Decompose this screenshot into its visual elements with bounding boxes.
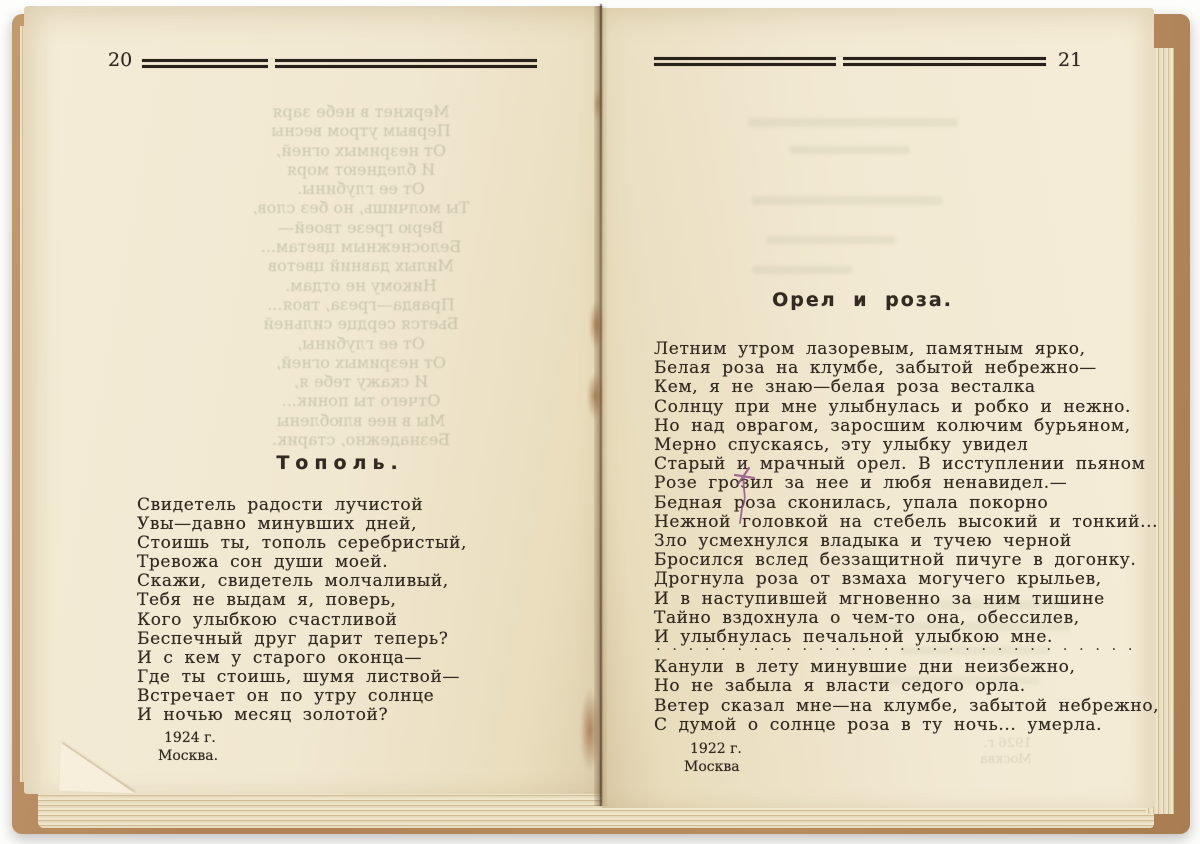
poem-line: Бросился вслед беззащитной пичуге в дого…	[654, 551, 1158, 570]
poem-line: Дрогнула роза от взмаха могучего крыльев…	[654, 570, 1158, 589]
poem-line: Зло усмехнулся владыка и тучею черной	[654, 532, 1158, 551]
gutter-stain	[587, 372, 603, 420]
poem-line: Но не забыла я власти седого орла.	[654, 677, 1159, 696]
poem-date: 1922 г.	[684, 741, 742, 759]
poem-colophon-left: 1924 г. Москва.	[158, 730, 218, 765]
poem-line: Отчего ты поник...	[178, 391, 544, 410]
poem-line: Правда—греза, твоя...	[178, 295, 544, 314]
poem-line: Тебя не выдам я, поверь,	[137, 591, 467, 610]
poem-line: Милых давний цветов	[178, 256, 544, 275]
showthrough-date: 1926 г.	[980, 736, 1032, 752]
gutter-stain	[593, 86, 603, 122]
poem-line: И с кем у старого оконца—	[137, 649, 467, 668]
poem-line: Кого улыбкою счастливой	[137, 611, 467, 630]
poem-line: Тайно вздохнула о чем-то она, обессилев,	[654, 609, 1158, 628]
poem-line: И скажу тебе я,	[178, 372, 544, 391]
gutter-stain	[589, 300, 603, 350]
poem-line: Мы в нее влюблены	[178, 411, 544, 430]
poem-title-topol: Тополь.	[140, 452, 540, 474]
poem-line: От ее глубины,	[178, 334, 544, 353]
poem-line: От ее глубины.	[178, 179, 544, 198]
poem-line: Первым утром весны	[178, 121, 544, 140]
page-number-left: 20	[108, 49, 132, 71]
poem-line: Мерно спускаясь, эту улыбку увидел	[654, 436, 1158, 455]
poem-line: Но над оврагом, заросшим колючим бурьяно…	[654, 417, 1158, 436]
showthrough-place: Москва	[980, 752, 1032, 768]
header-rule-right	[654, 57, 1046, 67]
poem-line: Скажи, свидетель молчаливый,	[137, 572, 467, 591]
poem-line: Солнцу при мне улыбнулась и робко и нежн…	[654, 398, 1158, 417]
poem-line: Белая роза на клумбе, забытой небрежно—	[654, 359, 1158, 378]
poem-line: Кем, я не знаю—белая роза весталка	[654, 378, 1158, 397]
poem-line: Бьется сердце сильней	[178, 314, 544, 333]
page-number-right: 21	[1058, 49, 1082, 71]
poem-line: Стоишь ты, тополь серебристый,	[137, 534, 467, 553]
showthrough-smudge	[748, 118, 958, 127]
poem-line: С думой о солнце роза в ту ночь... умерл…	[654, 716, 1159, 735]
gutter-stain	[580, 688, 600, 772]
poem-line: Канули в лету минувшие дни неизбежно,	[654, 658, 1159, 677]
poem-line: Где ты стоишь, шумя листвой—	[137, 668, 467, 687]
stanza-separator-dots: ..............................	[656, 636, 1144, 654]
poem-line: И ночью месяц золотой?	[137, 706, 467, 725]
proofreading-mark-icon	[729, 464, 763, 528]
poem-line: Беспечный друг дарит теперь?	[137, 630, 467, 649]
poem-line: От незримых огней,	[178, 141, 544, 160]
poem-title-orel-i-roza: Орел и роза.	[655, 289, 1070, 311]
poem-line: Верю грезе твоей—	[178, 218, 544, 237]
showthrough-smudge	[752, 266, 852, 274]
poem-line: Увы—давно минувших дней,	[137, 515, 467, 534]
poem-line: От незримых огней,	[178, 353, 544, 372]
poem-line: И в наступившей мгновенно за ним тишине	[654, 590, 1158, 609]
showthrough-text-left: Меркнет в небе заряПервым утром весныОт …	[178, 102, 544, 449]
book-photo: 20 Меркнет в небе заряПервым утром весны…	[0, 0, 1200, 844]
poem-line: Ты молчишь, но без слов,	[178, 198, 544, 217]
poem-body-orel-stanza2: Канули в лету минувшие дни неизбежно,Но …	[654, 658, 1159, 736]
poem-place: Москва.	[158, 748, 218, 766]
poem-line: Свидетель радости лучистой	[137, 496, 467, 515]
showthrough-smudge	[790, 146, 910, 154]
poem-line: Безнадежно, старик.	[178, 430, 544, 449]
showthrough-smudge	[766, 236, 896, 244]
poem-line: Никому не отдам.	[178, 276, 544, 295]
poem-line: И бледнеют моря	[178, 160, 544, 179]
poem-line: Встречает он по утру солнце	[137, 687, 467, 706]
poem-line: Летним утром лазоревым, памятным ярко,	[654, 340, 1158, 359]
poem-line: Ветер сказал мне—на клумбе, забытой небр…	[654, 697, 1159, 716]
poem-colophon-right: 1922 г. Москва	[684, 741, 742, 776]
poem-line: Белоснежным цветам...	[178, 237, 544, 256]
poem-date: 1924 г.	[158, 730, 218, 748]
header-rule-left	[142, 59, 537, 69]
poem-line: Тревожа сон души моей.	[137, 553, 467, 572]
page-corner-fold	[59, 743, 137, 794]
showthrough-colophon: 1926 г. Москва	[980, 736, 1032, 768]
poem-body-topol: Свидетель радости лучистойУвы—давно мину…	[137, 496, 467, 725]
showthrough-smudge	[752, 196, 942, 205]
poem-line: Меркнет в небе заря	[178, 102, 544, 121]
poem-place: Москва	[684, 759, 742, 777]
